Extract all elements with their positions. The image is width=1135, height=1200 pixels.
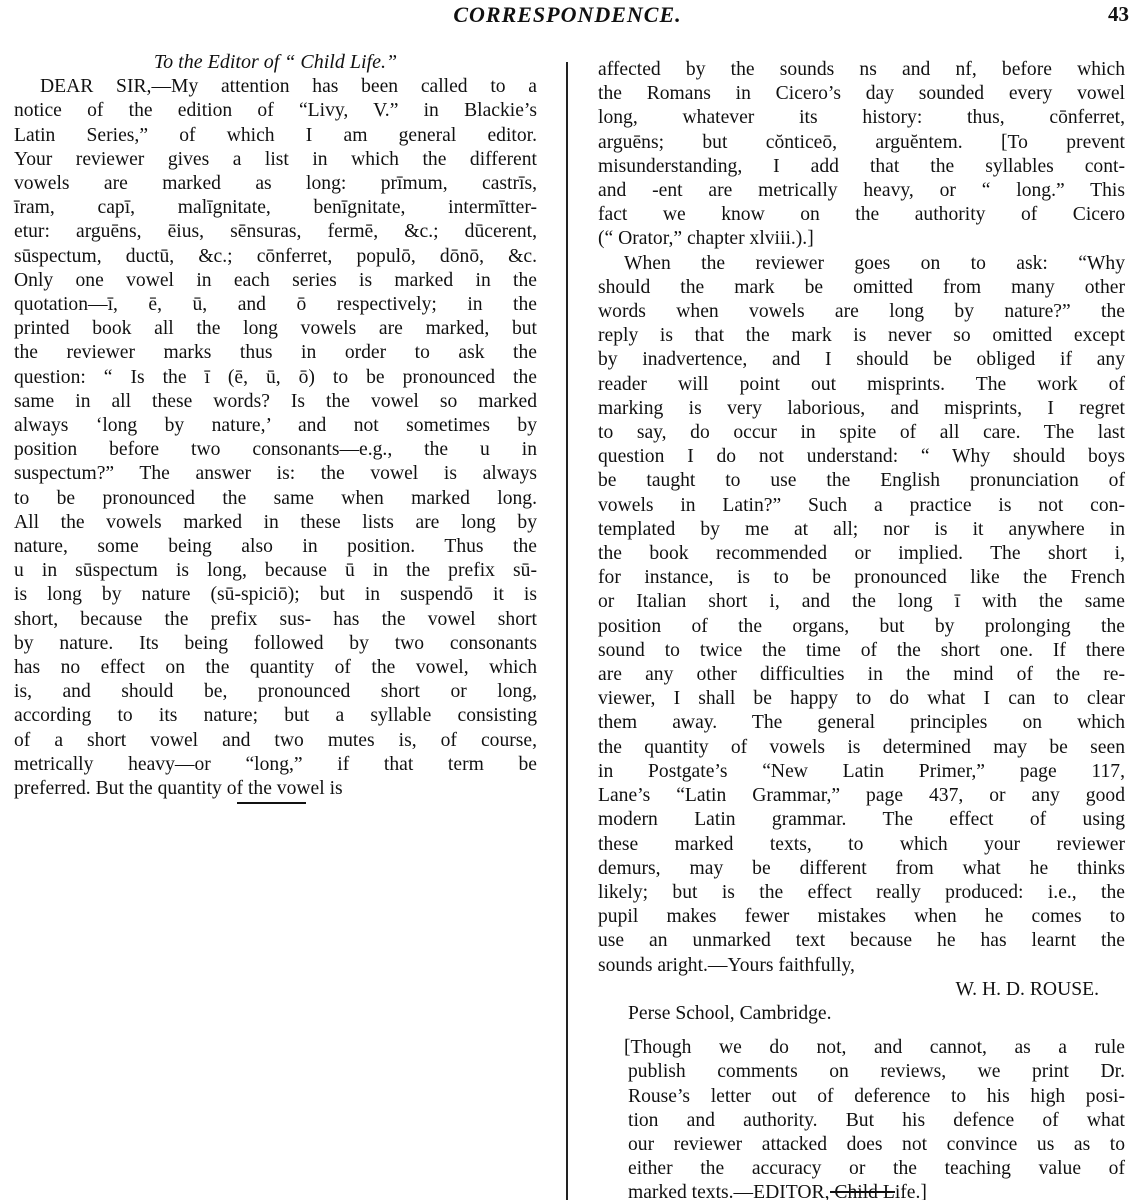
- text-line: īram, capī, malīgnitate, benīgnitate, in…: [14, 196, 537, 220]
- text-line: etur: arguēns, ēius, sēnsuras, fermē, &c…: [14, 220, 537, 244]
- text-line: u in sūspectum is long, because ū in the…: [14, 559, 537, 583]
- running-header: CORRESPONDENCE. 43: [0, 2, 1135, 32]
- text-line: to be pronounced the same when marked lo…: [14, 487, 537, 511]
- editor-note: [Though we do not, and cannot, as a rule…: [598, 1036, 1125, 1200]
- text-line: affected by the sounds ns and nf, before…: [598, 58, 1125, 82]
- text-line: the quantity of vowels is determined may…: [598, 736, 1125, 760]
- text-line: use an unmarked text because he has lear…: [598, 929, 1125, 953]
- text-line: according to its nature; but a syllable …: [14, 704, 537, 728]
- text-line: is long by nature (sū-spiciō); but in su…: [14, 583, 537, 607]
- text-line: metrically heavy—or “long,” if that term…: [14, 753, 537, 777]
- text-line: these marked texts, to which your review…: [598, 833, 1125, 857]
- text-line: be taught to use the English pronunciati…: [598, 469, 1125, 493]
- text-line: question I do not understand: “ Why shou…: [598, 445, 1125, 469]
- text-line: Your reviewer gives a list in which the …: [14, 148, 537, 172]
- text-line: the book recommended or implied. The sho…: [598, 542, 1125, 566]
- text-line: by inadvertence, and I should be obliged…: [598, 348, 1125, 372]
- text-line: in Postgate’s “New Latin Primer,” page 1…: [598, 760, 1125, 784]
- text-line: or Italian short i, and the long ī with …: [598, 590, 1125, 614]
- text-line: the reviewer marks thus in order to ask …: [14, 341, 537, 365]
- letter-heading: To the Editor of “ Child Life.”: [14, 50, 537, 74]
- text-line: position of the organs, but by prolongin…: [598, 615, 1125, 639]
- section-rule-right: [830, 1191, 895, 1193]
- text-line: of a short vowel and two mutes is, of co…: [14, 729, 537, 753]
- section-rule-left: [237, 802, 306, 804]
- text-line: short, because the prefix sus- has the v…: [14, 608, 537, 632]
- text-line: suspectum?” The answer is: the vowel is …: [14, 462, 537, 486]
- text-line: reply is that the mark is never so omitt…: [598, 324, 1125, 348]
- text-line: Lane’s “Latin Grammar,” page 437, or any…: [598, 784, 1125, 808]
- text-line: quotation—ī, ē, ū, and ō respectively; i…: [14, 293, 537, 317]
- text-line: [Though we do not, and cannot, as a rule: [598, 1036, 1125, 1060]
- text-line: notice of the edition of “Livy, V.” in B…: [14, 99, 537, 123]
- page-number: 43: [1108, 2, 1129, 27]
- text-line: sound to twice the time of the short one…: [598, 639, 1125, 663]
- text-line: words when vowels are long by nature?” t…: [598, 300, 1125, 324]
- text-line: sūspectum, ductū, &c.; cōnferret, populō…: [14, 245, 537, 269]
- letter-address: Perse School, Cambridge.: [598, 1002, 1125, 1026]
- text-line: pupil makes fewer mistakes when he comes…: [598, 905, 1125, 929]
- text-line: When the reviewer goes on to ask: “Why: [598, 252, 1125, 276]
- text-line: templated by me at all; nor is it anywhe…: [598, 518, 1125, 542]
- text-line: question: “ Is the ī (ē, ū, ō) to be pro…: [14, 366, 537, 390]
- left-column: To the Editor of “ Child Life.” DEAR SIR…: [14, 50, 537, 801]
- text-line: long, whatever its history: thus, cōnfer…: [598, 106, 1125, 130]
- text-line: them away. The general principles on whi…: [598, 711, 1125, 735]
- text-line: is, and should be, pronounced short or l…: [14, 680, 537, 704]
- text-line: All the vowels marked in these lists are…: [14, 511, 537, 535]
- text-line: vowels in Latin?” Such a practice is not…: [598, 494, 1125, 518]
- text-line: (“ Orator,” chapter xlviii.).]: [598, 227, 1125, 251]
- text-line: reader will point out misprints. The wor…: [598, 373, 1125, 397]
- text-line: the Romans in Cicero’s day sounded every…: [598, 82, 1125, 106]
- text-line: demurs, may be different from what he th…: [598, 857, 1125, 881]
- letter-body-right: affected by the sounds ns and nf, before…: [598, 58, 1125, 978]
- text-line: has no effect on the quantity of the vow…: [14, 656, 537, 680]
- text-line: our reviewer attacked does not convince …: [598, 1133, 1125, 1157]
- text-line: for instance, is to be pronounced like t…: [598, 566, 1125, 590]
- text-line: to say, do occur in spite of all care. T…: [598, 421, 1125, 445]
- text-line: vowels are marked as long: prīmum, castr…: [14, 172, 537, 196]
- text-line: Only one vowel in each series is marked …: [14, 269, 537, 293]
- text-line: modern Latin grammar. The effect of usin…: [598, 808, 1125, 832]
- text-line: marking is very laborious, and misprints…: [598, 397, 1125, 421]
- text-line: tion and authority. But his defence of w…: [598, 1109, 1125, 1133]
- text-line: publish comments on reviews, we print Dr…: [598, 1060, 1125, 1084]
- running-title: CORRESPONDENCE.: [0, 2, 1135, 28]
- letter-signature: W. H. D. ROUSE.: [598, 978, 1125, 1002]
- text-line: arguēns; but cŏnticeō, arguĕntem. [To pr…: [598, 131, 1125, 155]
- right-column: affected by the sounds ns and nf, before…: [598, 58, 1125, 1200]
- letter-body-left: DEAR SIR,—My attention has been called t…: [14, 75, 537, 801]
- text-line: Latin Series,” of which I am general edi…: [14, 124, 537, 148]
- text-line: printed book all the long vowels are mar…: [14, 317, 537, 341]
- text-line: are any other difficulties in the mind o…: [598, 663, 1125, 687]
- text-line: position before two consonants—e.g., the…: [14, 438, 537, 462]
- text-line: and -ent are metrically heavy, or “ long…: [598, 179, 1125, 203]
- text-line: likely; but is the effect really produce…: [598, 881, 1125, 905]
- text-line: should the mark be omitted from many oth…: [598, 276, 1125, 300]
- text-line: either the accuracy or the teaching valu…: [598, 1157, 1125, 1181]
- text-line: by nature. Its being followed by two con…: [14, 632, 537, 656]
- text-line: fact we know on the authority of Cicero: [598, 203, 1125, 227]
- text-line: sounds aright.—Yours faithfully,: [598, 954, 1125, 978]
- text-line: nature, some being also in position. Thu…: [14, 535, 537, 559]
- text-line: misunderstanding, I add that the syllabl…: [598, 155, 1125, 179]
- text-line: DEAR SIR,—My attention has been called t…: [14, 75, 537, 99]
- column-divider: [566, 62, 568, 1200]
- text-line: Rouse’s letter out of deference to his h…: [598, 1085, 1125, 1109]
- text-line: viewer, I shall be happy to do what I ca…: [598, 687, 1125, 711]
- text-line: same in all these words? Is the vowel so…: [14, 390, 537, 414]
- text-line: always ‘long by nature,’ and not sometim…: [14, 414, 537, 438]
- text-line: preferred. But the quantity of the vowel…: [14, 777, 537, 801]
